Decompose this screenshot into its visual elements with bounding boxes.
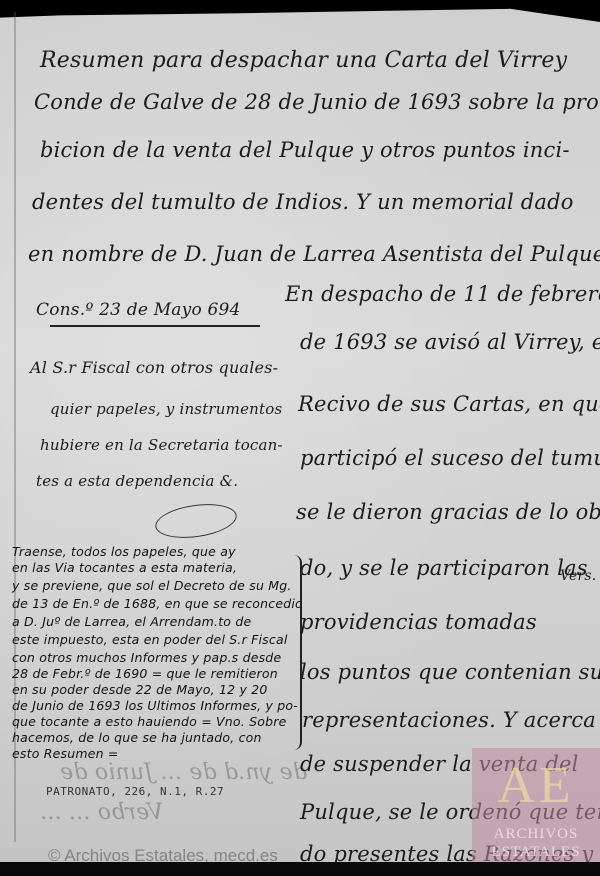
note-line: en su poder desde 22 de Mayo, 12 y 20 xyxy=(12,682,268,697)
header-line: Resumen para despachar una Carta del Vir… xyxy=(40,48,567,73)
note-line: hacemos, de lo que se ha juntado, con xyxy=(12,730,262,745)
note-line: que tocante a esto hauiendo = Vno. Sobre xyxy=(12,714,286,729)
archivos-estatales-stamp: AE ARCHIVOS ESTATALES xyxy=(472,748,600,866)
note-line: con otros muchos Informes y pap.s desde xyxy=(12,650,281,665)
margin-note-right: Vers. xyxy=(560,568,596,584)
stamp-monogram: AE xyxy=(472,756,600,815)
note-line: de Junio de 1693 los Ultimos Informes, y… xyxy=(12,698,298,713)
header-line: bicion de la venta del Pulque y otros pu… xyxy=(40,138,570,162)
body-line: se le dieron gracias de lo obra- xyxy=(296,500,600,524)
note-bracket xyxy=(290,555,302,750)
scan-top-edge xyxy=(0,0,600,22)
scan-bottom-edge xyxy=(0,862,600,876)
bleed-line: Verbo ... ... xyxy=(40,800,163,825)
manuscript-page: de yn.d de ... Junio de Verbo ... ... Re… xyxy=(0,0,600,876)
header-line: en nombre de D. Juan de Larrea Asentista… xyxy=(28,242,600,266)
decree-line: Al S.r Fiscal con otros quales- xyxy=(30,358,278,377)
note-line: 28 de Febr.º de 1690 = que le remitieron xyxy=(12,666,278,681)
decree-line: hubiere en la Secretaria tocan- xyxy=(40,436,283,454)
stamp-line-1: ARCHIVOS xyxy=(472,826,600,843)
body-line: de 1693 se avisó al Virrey, el xyxy=(300,330,600,354)
note-line: de 13 de En.º de 1688, en que se reconce… xyxy=(12,596,303,611)
body-line: Recivo de sus Cartas, en que xyxy=(298,392,600,416)
date-underline xyxy=(50,325,260,327)
body-line: participó el suceso del tumulto, xyxy=(300,446,600,470)
header-line: dentes del tumulto de Indios. Y un memor… xyxy=(32,190,574,214)
note-line: este impuesto, esta en poder del S.r Fis… xyxy=(12,632,288,647)
body-line: representaciones. Y acerca de xyxy=(302,708,600,732)
bleed-line: de yn.d de ... Junio de xyxy=(60,760,307,785)
body-line: do, y se le participaron las xyxy=(300,556,588,580)
body-line: los puntos que contenian sus xyxy=(300,660,600,684)
body-line: En despacho de 11 de febrero xyxy=(285,282,600,306)
rubric-flourish xyxy=(153,499,239,542)
note-line: a D. Juº de Larrea, el Arrendam.to de xyxy=(12,614,251,629)
decree-line: quier papeles, y instrumentos xyxy=(50,400,282,418)
note-line: y se previene, que sol el Decreto de su … xyxy=(12,578,292,593)
stamp-line-2: ESTATALES xyxy=(472,844,600,861)
body-line: providencias tomadas xyxy=(300,610,537,634)
note-line: en las Via tocantes a esta materia, xyxy=(12,560,237,575)
header-line: Conde de Galve de 28 de Junio de 1693 so… xyxy=(34,90,600,114)
note-line: Traense, todos los papeles, que ay xyxy=(12,544,236,559)
note-line: esto Resumen = xyxy=(12,746,119,761)
consulta-date: Cons.º 23 de Mayo 694 xyxy=(36,300,241,320)
call-number-stamp: PATRONATO, 226, N.1, R.27 xyxy=(46,785,224,798)
decree-line: tes a esta dependencia &. xyxy=(36,472,238,490)
